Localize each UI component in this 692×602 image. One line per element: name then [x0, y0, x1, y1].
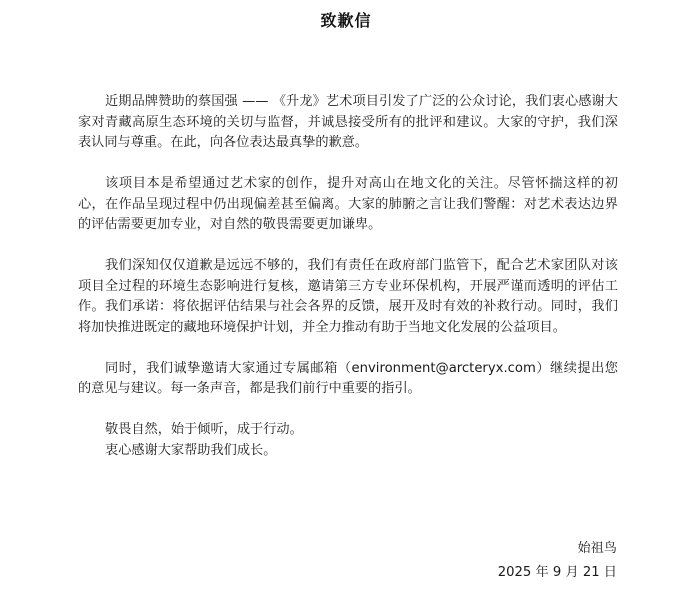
paragraph-apology: 近期品牌赞助的蔡国强 —— 《升龙》艺术项目引发了广泛的公众讨论，我们衷心感谢大…	[78, 92, 618, 154]
signature-date: 2025 年 9 月 21 日	[498, 561, 617, 585]
letter-body: 近期品牌赞助的蔡国强 —— 《升龙》艺术项目引发了广泛的公众讨论，我们衷心感谢大…	[78, 92, 618, 461]
signature-block: 始祖鸟 2025 年 9 月 21 日	[498, 537, 617, 585]
paragraph-project-intent: 该项目本是希望通过艺术家的创作，提升对高山在地文化的关注。尽管怀揣这样的初心，在…	[78, 174, 618, 236]
signature-name: 始祖鸟	[498, 537, 617, 561]
letter-title: 致歉信	[0, 8, 692, 31]
paragraph-commitment: 我们深知仅仅道歉是远远不够的，我们有责任在政府部门监管下，配合艺术家团队对该项目…	[78, 256, 618, 338]
paragraph-feedback-email: 同时，我们诚挚邀请大家通过专属邮箱（environment@arcteryx.c…	[78, 359, 618, 400]
closing-line-1: 敬畏自然，始于倾听，成于行动。	[78, 420, 618, 441]
closing-line-2: 衷心感谢大家帮助我们成长。	[78, 441, 618, 462]
